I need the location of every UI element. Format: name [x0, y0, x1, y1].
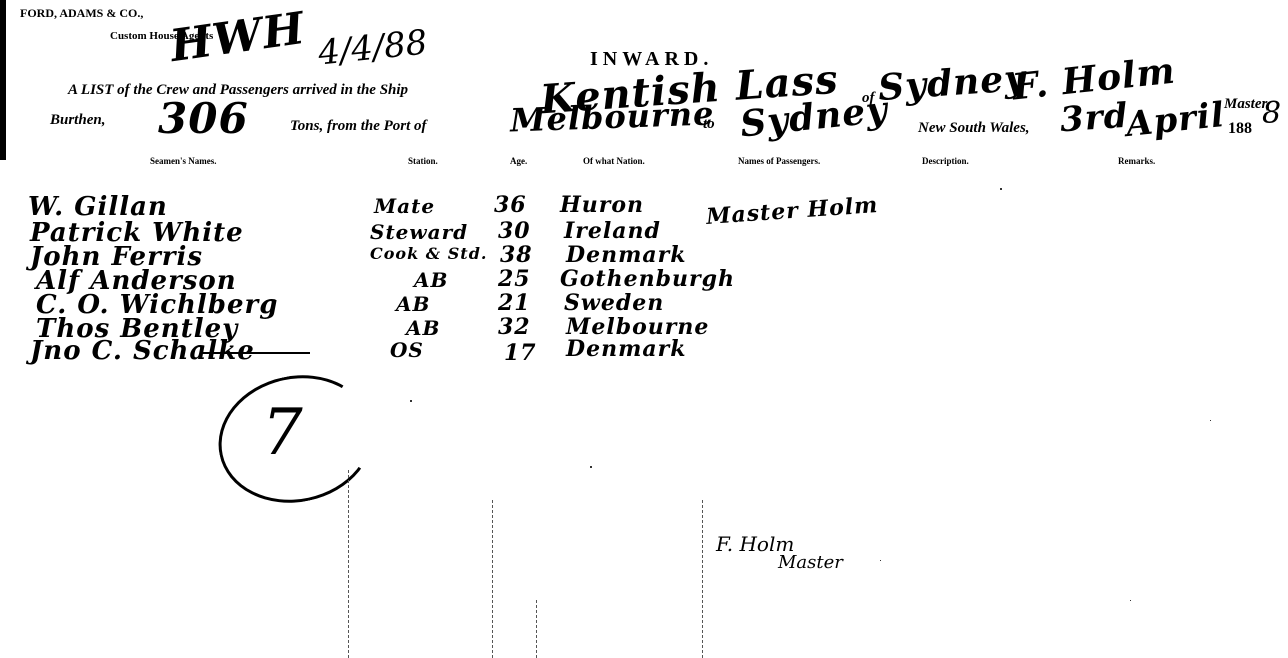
- crew-station: AB: [414, 268, 448, 292]
- crew-age: 21: [498, 290, 531, 316]
- crew-age: 17: [504, 340, 537, 366]
- column-rule: [492, 500, 493, 658]
- scan-speckle: [1000, 188, 1002, 190]
- scan-speckle: [1130, 600, 1131, 601]
- arrival-month: April: [1124, 95, 1227, 145]
- column-header-passengers: Names of Passengers.: [738, 156, 820, 166]
- arrival-day: 3rd: [1059, 96, 1130, 141]
- crew-station: Mate: [374, 194, 435, 218]
- scan-edge-border: [0, 0, 6, 160]
- form-year-printed: 188: [1228, 120, 1252, 138]
- column-header-description: Description.: [922, 156, 969, 166]
- crew-nation: Sweden: [564, 290, 664, 316]
- column-header-station: Station.: [408, 156, 438, 166]
- scan-speckle: [410, 400, 412, 402]
- crew-age: 32: [498, 314, 531, 340]
- stamp-initials: HWH: [167, 3, 308, 72]
- from-port: Melbourne: [509, 94, 715, 139]
- crew-station: AB: [396, 292, 430, 316]
- crew-age: 30: [498, 218, 531, 244]
- crew-count-circled: 7: [262, 396, 303, 470]
- crew-name: Jno C. Schalke: [30, 336, 255, 366]
- crew-nation: Denmark: [566, 242, 686, 268]
- column-rule: [536, 600, 537, 658]
- form-to-label: to: [703, 116, 715, 133]
- scan-speckle: [880, 560, 881, 561]
- form-tons-label: Tons, from the Port of: [290, 118, 427, 135]
- column-rule: [702, 500, 703, 658]
- scan-speckle: [590, 466, 592, 468]
- form-state-label: New South Wales,: [918, 120, 1030, 137]
- printer-company: FORD, ADAMS & CO.,: [20, 6, 143, 21]
- crew-station: OS: [390, 338, 424, 362]
- name-strike-line: [200, 352, 310, 354]
- crew-age: 38: [500, 242, 533, 268]
- year-suffix: 8: [1262, 96, 1281, 131]
- crew-station: Cook & Std.: [370, 244, 487, 263]
- ship-home-port: Sydney: [877, 57, 1028, 109]
- crew-nation: Denmark: [566, 336, 686, 362]
- burthen-tons: 306: [158, 94, 249, 143]
- crew-nation: Huron: [560, 192, 644, 218]
- crew-age: 25: [498, 266, 531, 292]
- column-header-age: Age.: [510, 156, 527, 166]
- column-rule: [348, 470, 349, 658]
- crew-age: 36: [494, 192, 527, 218]
- form-burthen-label: Burthen,: [50, 112, 105, 129]
- master-signature-title: Master: [778, 552, 843, 573]
- column-header-remarks: Remarks.: [1118, 156, 1155, 166]
- crew-station: Steward: [370, 220, 468, 244]
- column-header-nation: Of what Nation.: [583, 156, 645, 166]
- crew-nation: Ireland: [564, 218, 661, 244]
- scan-speckle: [1210, 420, 1211, 421]
- crew-nation: Gothenburgh: [560, 266, 735, 292]
- passenger-name: Master Holm: [705, 192, 879, 230]
- column-header-seamens-names: Seamen's Names.: [150, 156, 217, 166]
- crew-station: AB: [406, 316, 440, 340]
- stamp-date: 4/4/88: [316, 22, 429, 73]
